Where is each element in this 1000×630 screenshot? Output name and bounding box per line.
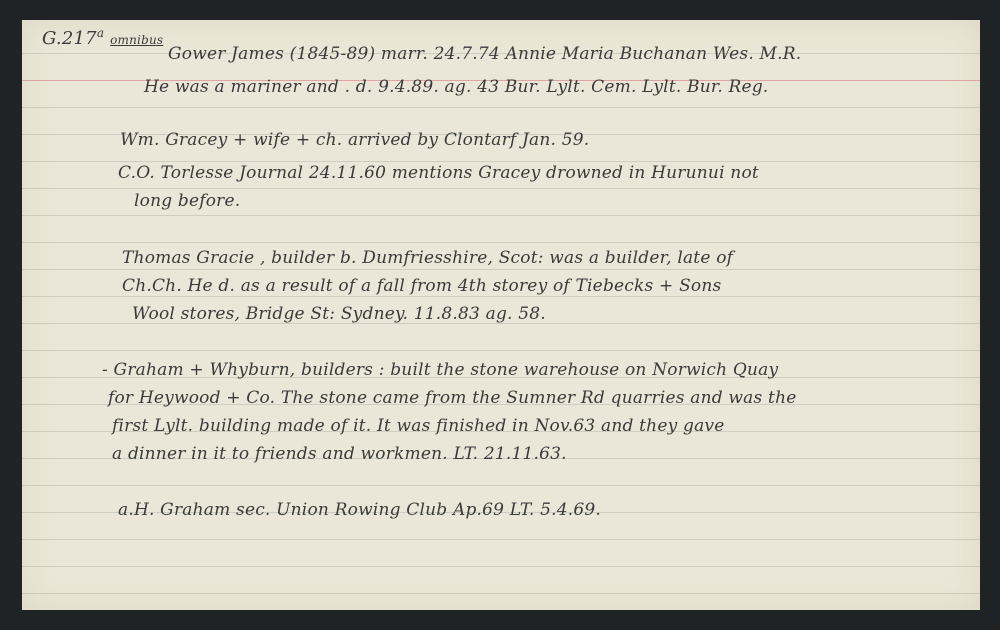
ruled-line bbox=[22, 215, 980, 216]
ruled-line bbox=[22, 566, 980, 567]
ruled-line bbox=[22, 539, 980, 540]
index-card: G.217a omnibus Gower James (1845-89) mar… bbox=[22, 20, 980, 610]
ref-number: G.217 bbox=[42, 28, 97, 49]
entry-graham-whyburn-line-3: first Lylt. building made of it. It was … bbox=[112, 416, 724, 436]
ruled-line bbox=[22, 161, 980, 162]
entry-graham-whyburn-line-2: for Heywood + Co. The stone came from th… bbox=[108, 388, 796, 408]
ruled-line bbox=[22, 242, 980, 243]
ruled-line bbox=[22, 296, 980, 297]
ruled-line bbox=[22, 107, 980, 108]
ruled-line bbox=[22, 269, 980, 270]
entry-gracey-line-3: long before. bbox=[134, 191, 240, 211]
entry-gracie-line-1: Thomas Gracie , builder b. Dumfriesshire… bbox=[122, 248, 733, 268]
ruled-line bbox=[22, 350, 980, 351]
entry-gracey-line-1: Wm. Gracey + wife + ch. arrived by Clont… bbox=[120, 130, 589, 150]
entry-graham-whyburn-line-4: a dinner in it to friends and workmen. L… bbox=[112, 444, 567, 464]
entry-ah-graham-line-1: a.H. Graham sec. Union Rowing Club Ap.69… bbox=[118, 500, 601, 520]
ruled-line bbox=[22, 593, 980, 594]
entry-gracey-line-2: C.O. Torlesse Journal 24.11.60 mentions … bbox=[118, 163, 759, 183]
entry-gracie-line-3: Wool stores, Bridge St: Sydney. 11.8.83 … bbox=[132, 304, 546, 324]
ref-note: omnibus bbox=[110, 33, 163, 47]
ref-suffix: a bbox=[97, 26, 104, 40]
entry-gower-line-2: He was a mariner and . d. 9.4.89. ag. 43… bbox=[144, 77, 769, 97]
entry-gower-line-1: Gower James (1845-89) marr. 24.7.74 Anni… bbox=[168, 44, 801, 64]
entry-graham-whyburn-line-1: - Graham + Whyburn, builders : built the… bbox=[102, 360, 778, 380]
ruled-line bbox=[22, 188, 980, 189]
entry-gracie-line-2: Ch.Ch. He d. as a result of a fall from … bbox=[122, 276, 721, 296]
card-reference: G.217a omnibus bbox=[42, 26, 163, 49]
ruled-line bbox=[22, 485, 980, 486]
